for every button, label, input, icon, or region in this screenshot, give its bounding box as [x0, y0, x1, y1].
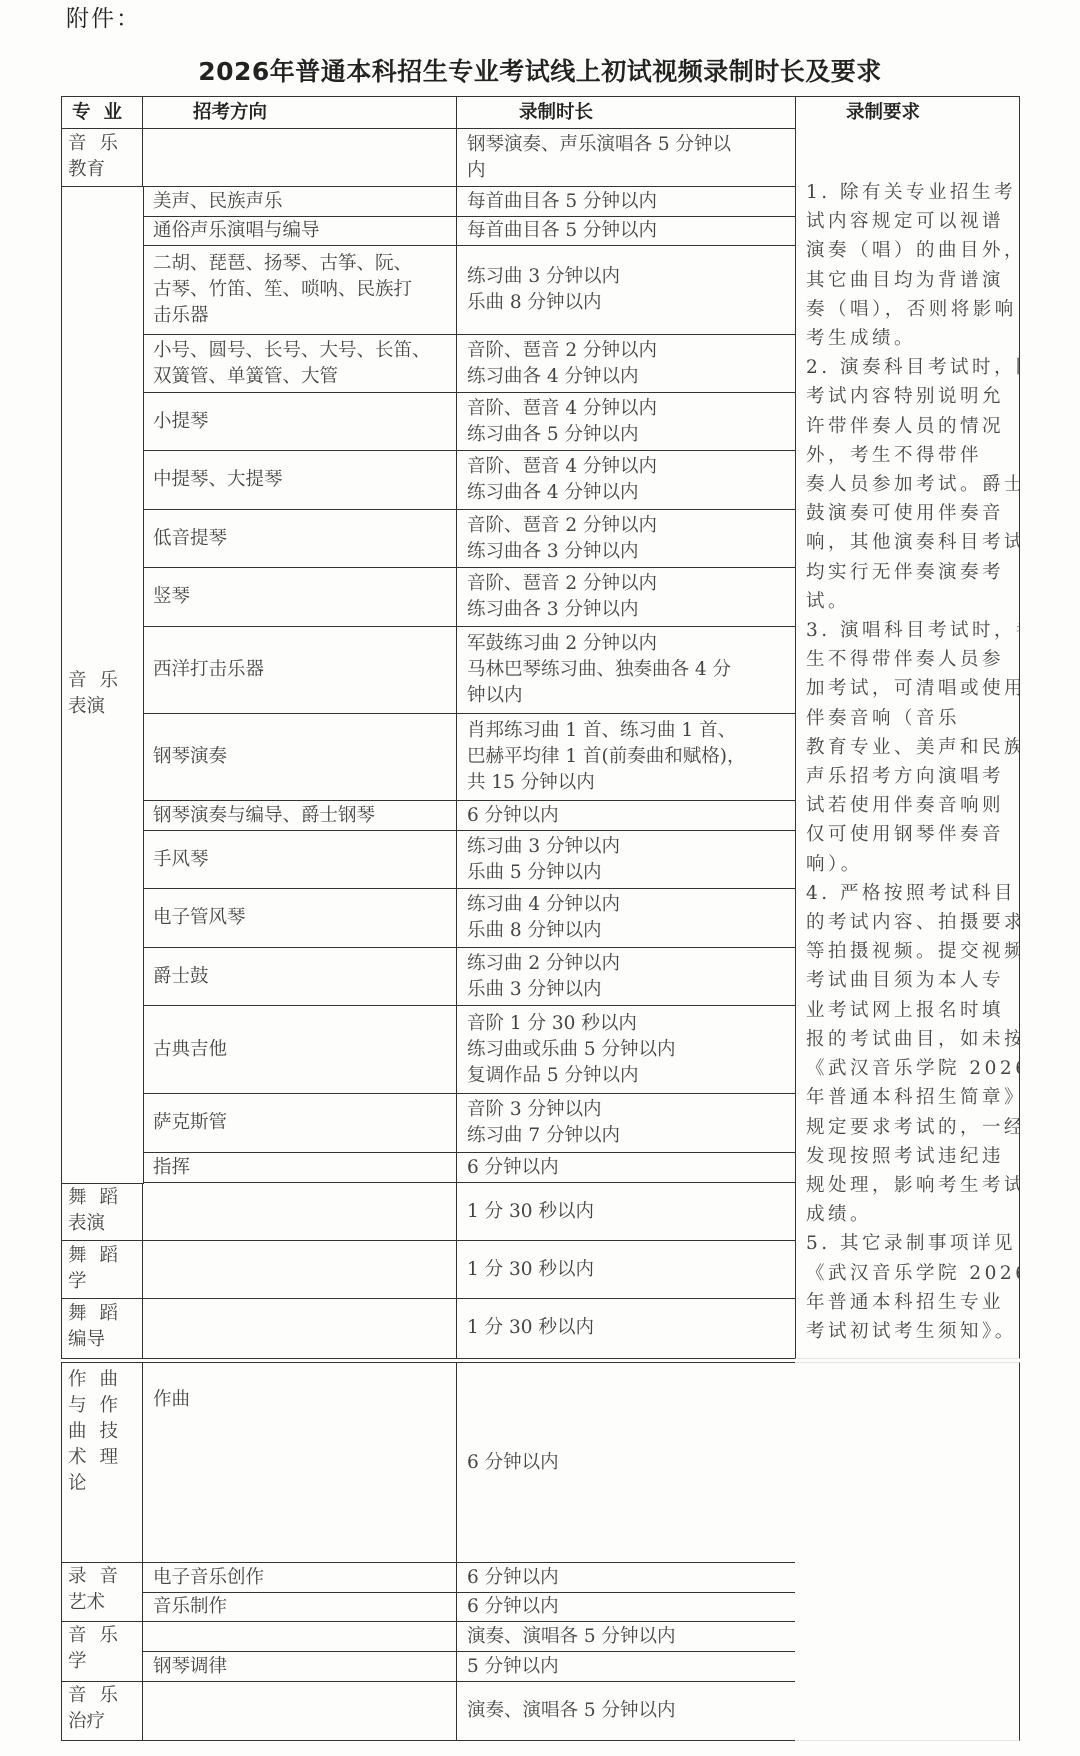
duration-cell: 肖邦练习曲 1 首、练习曲 1 首、巴赫平均律 1 首(前奏曲和赋格)，共 15…: [456, 713, 797, 802]
major-line: 学: [68, 1649, 137, 1675]
requirement-line: 规定要求考试的，一经: [806, 1113, 1011, 1142]
duration-text: 共 15 分钟以内: [467, 770, 786, 796]
duration-cell: 6 分钟以内: [456, 1592, 797, 1623]
duration-cell: 演奏、演唱各 5 分钟以内: [456, 1681, 797, 1741]
duration-text: 练习曲 4 分钟以内: [467, 892, 786, 918]
duration-cell: 6 分钟以内: [456, 800, 797, 832]
attachment-label: 附件：: [66, 0, 141, 33]
duration-text: 演奏、演唱各 5 分钟以内: [467, 1698, 786, 1724]
header-requirements: 录制要求: [795, 96, 1020, 130]
direction-cell: 西洋打击乐器: [142, 626, 458, 715]
major-line: 教育: [68, 157, 137, 183]
major-cell-musicology: 音乐学: [61, 1621, 144, 1683]
requirements-cell: 1. 除有关专业招生考试内容规定可以视谱演奏（唱）的曲目外，其它曲目均为背谱演奏…: [795, 128, 1020, 1359]
duration-cell: 6 分钟以内: [456, 1562, 797, 1594]
direction-cell: 作曲: [142, 1362, 458, 1564]
duration-text: 练习曲 7 分钟以内: [467, 1123, 786, 1149]
major-line: 术理: [68, 1445, 118, 1471]
requirement-line: 试内容规定可以视谱: [806, 207, 1011, 236]
duration-text: 内: [467, 158, 786, 184]
duration-text: 每首曲目各 5 分钟以内: [467, 189, 786, 215]
requirements-cell-empty: [795, 1362, 1020, 1741]
major-line: 音乐: [68, 668, 118, 694]
requirement-line: 奏（唱），否则将影响: [806, 295, 1011, 324]
duration-text: 演奏、演唱各 5 分钟以内: [467, 1624, 786, 1650]
direction-cell: 萨克斯管: [142, 1093, 458, 1154]
duration-cell: 练习曲 3 分钟以内乐曲 8 分钟以内: [456, 245, 797, 336]
duration-text: 6 分钟以内: [467, 1450, 786, 1476]
requirement-line: 均实行无伴奏演奏考: [806, 558, 1011, 587]
major-line: 音乐: [68, 1683, 118, 1709]
direction-cell: 古典吉他: [142, 1005, 458, 1095]
major-cell: 舞蹈编导: [61, 1298, 144, 1359]
requirement-line: 2. 演奏科目考试时，除: [806, 353, 1011, 382]
direction-cell: 中提琴、大提琴: [142, 450, 458, 511]
major-line: 作曲: [68, 1367, 118, 1393]
duration-text: 练习曲 2 分钟以内: [467, 951, 786, 977]
major-line: 治疗: [68, 1709, 137, 1735]
requirement-line: 3. 演唱科目考试时，考: [806, 616, 1011, 645]
duration-cell: 音阶、琶音 2 分钟以内练习曲各 4 分钟以内: [456, 334, 797, 394]
duration-text: 练习曲各 3 分钟以内: [467, 597, 786, 623]
duration-cell: 6 分钟以内: [456, 1362, 797, 1564]
requirement-line: 《武汉音乐学院 2026: [806, 1054, 1011, 1083]
direction-cell: [142, 1681, 458, 1741]
duration-text: 巴赫平均律 1 首(前奏曲和赋格)，: [467, 744, 786, 770]
requirement-line: 的考试内容、拍摄要求: [806, 908, 1011, 937]
major-cell-composition: 作曲与作曲技术理论: [61, 1362, 144, 1564]
requirement-line: 其它曲目均为背谱演: [806, 266, 1011, 295]
duration-cell: 1 分 30 秒以内: [456, 1240, 797, 1300]
direction-text: 作曲: [153, 1387, 447, 1413]
direction-cell: 钢琴演奏与编导、爵士钢琴: [142, 800, 458, 832]
duration-text: 马林巴琴练习曲、独奏曲各 4 分: [467, 657, 786, 683]
duration-cell: 每首曲目各 5 分钟以内: [456, 216, 797, 247]
requirement-line: 声乐招考方向演唱考: [806, 762, 1011, 791]
major-line: 论: [68, 1471, 137, 1497]
major-line: 表演: [68, 1211, 137, 1237]
direction-text: 通俗声乐演唱与编导: [153, 218, 447, 244]
direction-text: 指挥: [153, 1155, 447, 1181]
requirement-line: 4. 严格按照考试科目: [806, 879, 1011, 908]
major-line: 表演: [68, 694, 137, 720]
direction-cell: 钢琴演奏: [142, 713, 458, 802]
direction-text: 西洋打击乐器: [153, 657, 447, 683]
direction-text: 音乐制作: [153, 1594, 447, 1620]
direction-text: 萨克斯管: [153, 1110, 447, 1136]
requirement-line: 年普通本科招生简章》: [806, 1083, 1011, 1112]
requirement-line: 外，考生不得带伴: [806, 441, 1011, 470]
duration-text: 乐曲 8 分钟以内: [467, 290, 786, 316]
direction-cell: [142, 128, 458, 188]
requirement-line: 奏人员参加考试。爵士: [806, 470, 1011, 499]
direction-text: 钢琴调律: [153, 1654, 447, 1680]
requirement-line: 1. 除有关专业招生考: [806, 178, 1011, 207]
duration-text: 音阶、琶音 2 分钟以内: [467, 571, 786, 597]
duration-text: 练习曲 3 分钟以内: [467, 264, 786, 290]
duration-text: 6 分钟以内: [467, 803, 786, 829]
duration-text: 练习曲各 3 分钟以内: [467, 539, 786, 565]
direction-text: 古琴、竹笛、笙、唢呐、民族打: [153, 277, 447, 303]
duration-text: 肖邦练习曲 1 首、练习曲 1 首、: [467, 718, 786, 744]
duration-cell: 练习曲 4 分钟以内乐曲 8 分钟以内: [456, 888, 797, 949]
duration-text: 1 分 30 秒以内: [467, 1199, 786, 1225]
duration-text: 音阶、琶音 4 分钟以内: [467, 454, 786, 480]
direction-cell: 指挥: [142, 1152, 458, 1184]
duration-cell: 5 分钟以内: [456, 1651, 797, 1683]
requirement-line: 规处理，影响考生考试: [806, 1171, 1011, 1200]
requirement-line: 生不得带伴奏人员参: [806, 645, 1011, 674]
duration-cell: 每首曲目各 5 分钟以内: [456, 186, 797, 218]
direction-text: 低音提琴: [153, 526, 447, 552]
direction-text: 钢琴演奏与编导、爵士钢琴: [153, 803, 447, 829]
direction-cell: 小号、圆号、长号、大号、长笛、双簧管、单簧管、大管: [142, 334, 458, 394]
requirement-line: 加考试，可清唱或使用: [806, 674, 1011, 703]
requirement-line: 鼓演奏可使用伴奏音: [806, 499, 1011, 528]
duration-text: 练习曲各 4 分钟以内: [467, 364, 786, 390]
duration-text: 音阶 3 分钟以内: [467, 1097, 786, 1123]
duration-text: 钟以内: [467, 683, 786, 709]
direction-cell: [142, 1621, 458, 1653]
duration-text: 音阶 1 分 30 秒以内: [467, 1011, 786, 1037]
header-major: 专业: [61, 96, 144, 130]
duration-cell: 音阶、琶音 2 分钟以内练习曲各 3 分钟以内: [456, 509, 797, 569]
duration-cell: 音阶 3 分钟以内练习曲 7 分钟以内: [456, 1093, 797, 1154]
duration-text: 音阶、琶音 2 分钟以内: [467, 513, 786, 539]
requirement-line: 响，其他演奏科目考试: [806, 528, 1011, 557]
requirement-line: 年普通本科招生专业: [806, 1288, 1011, 1317]
direction-text: 竖琴: [153, 584, 447, 610]
direction-text: 钢琴演奏: [153, 744, 447, 770]
direction-cell: [142, 1240, 458, 1300]
duration-cell: 1 分 30 秒以内: [456, 1298, 797, 1359]
requirement-line: 许带伴奏人员的情况: [806, 412, 1011, 441]
direction-text: 中提琴、大提琴: [153, 467, 447, 493]
duration-cell: 1 分 30 秒以内: [456, 1182, 797, 1242]
major-line: 艺术: [68, 1590, 137, 1616]
direction-cell: [142, 1182, 458, 1242]
duration-cell: 音阶、琶音 2 分钟以内练习曲各 3 分钟以内: [456, 567, 797, 628]
major-line: 舞蹈: [68, 1301, 118, 1327]
major-cell: 音乐教育: [61, 128, 144, 188]
major-line: 编导: [68, 1327, 137, 1353]
requirement-line: 业考试网上报名时填: [806, 996, 1011, 1025]
major-line: 音乐: [68, 131, 118, 157]
direction-text: 二胡、琵琶、扬琴、古筝、阮、: [153, 251, 447, 277]
major-cell-music-therapy: 音乐治疗: [61, 1681, 144, 1741]
direction-cell: 美声、民族声乐: [142, 186, 458, 218]
major-cell: 舞蹈学: [61, 1240, 144, 1300]
direction-cell: 电子管风琴: [142, 888, 458, 949]
direction-cell: 手风琴: [142, 830, 458, 890]
direction-cell: 爵士鼓: [142, 947, 458, 1007]
direction-text: 双簧管、单簧管、大管: [153, 364, 447, 390]
direction-cell: 竖琴: [142, 567, 458, 628]
duration-text: 1 分 30 秒以内: [467, 1315, 786, 1341]
duration-text: 练习曲各 4 分钟以内: [467, 480, 786, 506]
direction-cell: 钢琴调律: [142, 1651, 458, 1683]
direction-cell: 通俗声乐演唱与编导: [142, 216, 458, 247]
duration-cell: 演奏、演唱各 5 分钟以内: [456, 1621, 797, 1653]
duration-text: 乐曲 8 分钟以内: [467, 918, 786, 944]
duration-cell: 钢琴演奏、声乐演唱各 5 分钟以内: [456, 128, 797, 188]
header-direction: 招考方向: [142, 96, 458, 130]
direction-cell: [142, 1298, 458, 1359]
duration-text: 练习曲各 5 分钟以内: [467, 422, 786, 448]
requirement-line: 试。: [806, 587, 1011, 616]
duration-text: 1 分 30 秒以内: [467, 1257, 786, 1283]
direction-cell: 电子音乐创作: [142, 1562, 458, 1594]
major-cell: 舞蹈表演: [61, 1182, 144, 1242]
direction-cell: 音乐制作: [142, 1592, 458, 1623]
direction-text: 击乐器: [153, 303, 447, 329]
duration-text: 钢琴演奏、声乐演唱各 5 分钟以: [467, 132, 786, 158]
duration-text: 军鼓练习曲 2 分钟以内: [467, 631, 786, 657]
duration-text: 练习曲 3 分钟以内: [467, 834, 786, 860]
requirement-line: 报的考试曲目，如未按: [806, 1025, 1011, 1054]
requirement-line: 演奏（唱）的曲目外，: [806, 236, 1011, 265]
direction-text: 小号、圆号、长号、大号、长笛、: [153, 338, 447, 364]
direction-cell: 小提琴: [142, 392, 458, 452]
duration-cell: 音阶、琶音 4 分钟以内练习曲各 4 分钟以内: [456, 450, 797, 511]
duration-text: 音阶、琶音 2 分钟以内: [467, 338, 786, 364]
duration-text: 练习曲或乐曲 5 分钟以内: [467, 1037, 786, 1063]
duration-text: 每首曲目各 5 分钟以内: [467, 218, 786, 244]
direction-cell: 二胡、琵琶、扬琴、古筝、阮、古琴、竹笛、笙、唢呐、民族打击乐器: [142, 245, 458, 336]
direction-text: 小提琴: [153, 409, 447, 435]
direction-text: 古典吉他: [153, 1037, 447, 1063]
duration-text: 乐曲 3 分钟以内: [467, 977, 786, 1003]
requirement-line: 考生成绩。: [806, 324, 1011, 353]
major-line: 学: [68, 1269, 137, 1295]
duration-text: 5 分钟以内: [467, 1654, 786, 1680]
requirement-line: 伴奏音响（音乐: [806, 704, 1011, 733]
major-line: 录音: [68, 1564, 118, 1590]
major-line: 舞蹈: [68, 1185, 118, 1211]
page-title: 2026年普通本科招生专业考试线上初试视频录制时长及要求: [0, 52, 1080, 88]
direction-text: 电子管风琴: [153, 905, 447, 931]
duration-text: 6 分钟以内: [467, 1565, 786, 1591]
direction-text: 美声、民族声乐: [153, 189, 447, 215]
major-line: 音乐: [68, 1623, 118, 1649]
requirement-line: 《武汉音乐学院 2026: [806, 1259, 1011, 1288]
requirement-line: 考试初试考生须知》。: [806, 1317, 1011, 1346]
duration-text: 音阶、琶音 4 分钟以内: [467, 396, 786, 422]
major-line: 与作: [68, 1393, 118, 1419]
duration-text: 复调作品 5 分钟以内: [467, 1063, 786, 1089]
duration-cell: 音阶、琶音 4 分钟以内练习曲各 5 分钟以内: [456, 392, 797, 452]
major-cell-performance: 音乐表演: [61, 186, 144, 1184]
direction-text: 手风琴: [153, 847, 447, 873]
duration-text: 6 分钟以内: [467, 1594, 786, 1620]
requirement-line: 等拍摄视频。提交视频: [806, 937, 1011, 966]
requirement-line: 响）。: [806, 850, 1011, 879]
duration-cell: 练习曲 3 分钟以内乐曲 5 分钟以内: [456, 830, 797, 890]
direction-text: 电子音乐创作: [153, 1565, 447, 1591]
duration-cell: 练习曲 2 分钟以内乐曲 3 分钟以内: [456, 947, 797, 1007]
requirement-line: 考试内容特别说明允: [806, 382, 1011, 411]
requirement-line: 试若使用伴奏音响则: [806, 791, 1011, 820]
requirement-line: 5. 其它录制事项详见: [806, 1229, 1011, 1258]
duration-text: 6 分钟以内: [467, 1155, 786, 1181]
header-duration: 录制时长: [456, 96, 797, 130]
major-line: 曲技: [68, 1419, 118, 1445]
major-cell-recording-arts: 录音艺术: [61, 1562, 144, 1623]
requirement-line: 发现按照考试违纪违: [806, 1142, 1011, 1171]
duration-text: 乐曲 5 分钟以内: [467, 860, 786, 886]
duration-cell: 音阶 1 分 30 秒以内练习曲或乐曲 5 分钟以内复调作品 5 分钟以内: [456, 1005, 797, 1095]
requirement-line: 成绩。: [806, 1200, 1011, 1229]
major-line: 舞蹈: [68, 1243, 118, 1269]
direction-cell: 低音提琴: [142, 509, 458, 569]
direction-text: 爵士鼓: [153, 964, 447, 990]
duration-cell: 6 分钟以内: [456, 1152, 797, 1184]
duration-cell: 军鼓练习曲 2 分钟以内马林巴琴练习曲、独奏曲各 4 分钟以内: [456, 626, 797, 715]
requirement-line: 仅可使用钢琴伴奏音: [806, 820, 1011, 849]
requirement-line: 考试曲目须为本人专: [806, 966, 1011, 995]
requirement-line: 教育专业、美声和民族: [806, 733, 1011, 762]
